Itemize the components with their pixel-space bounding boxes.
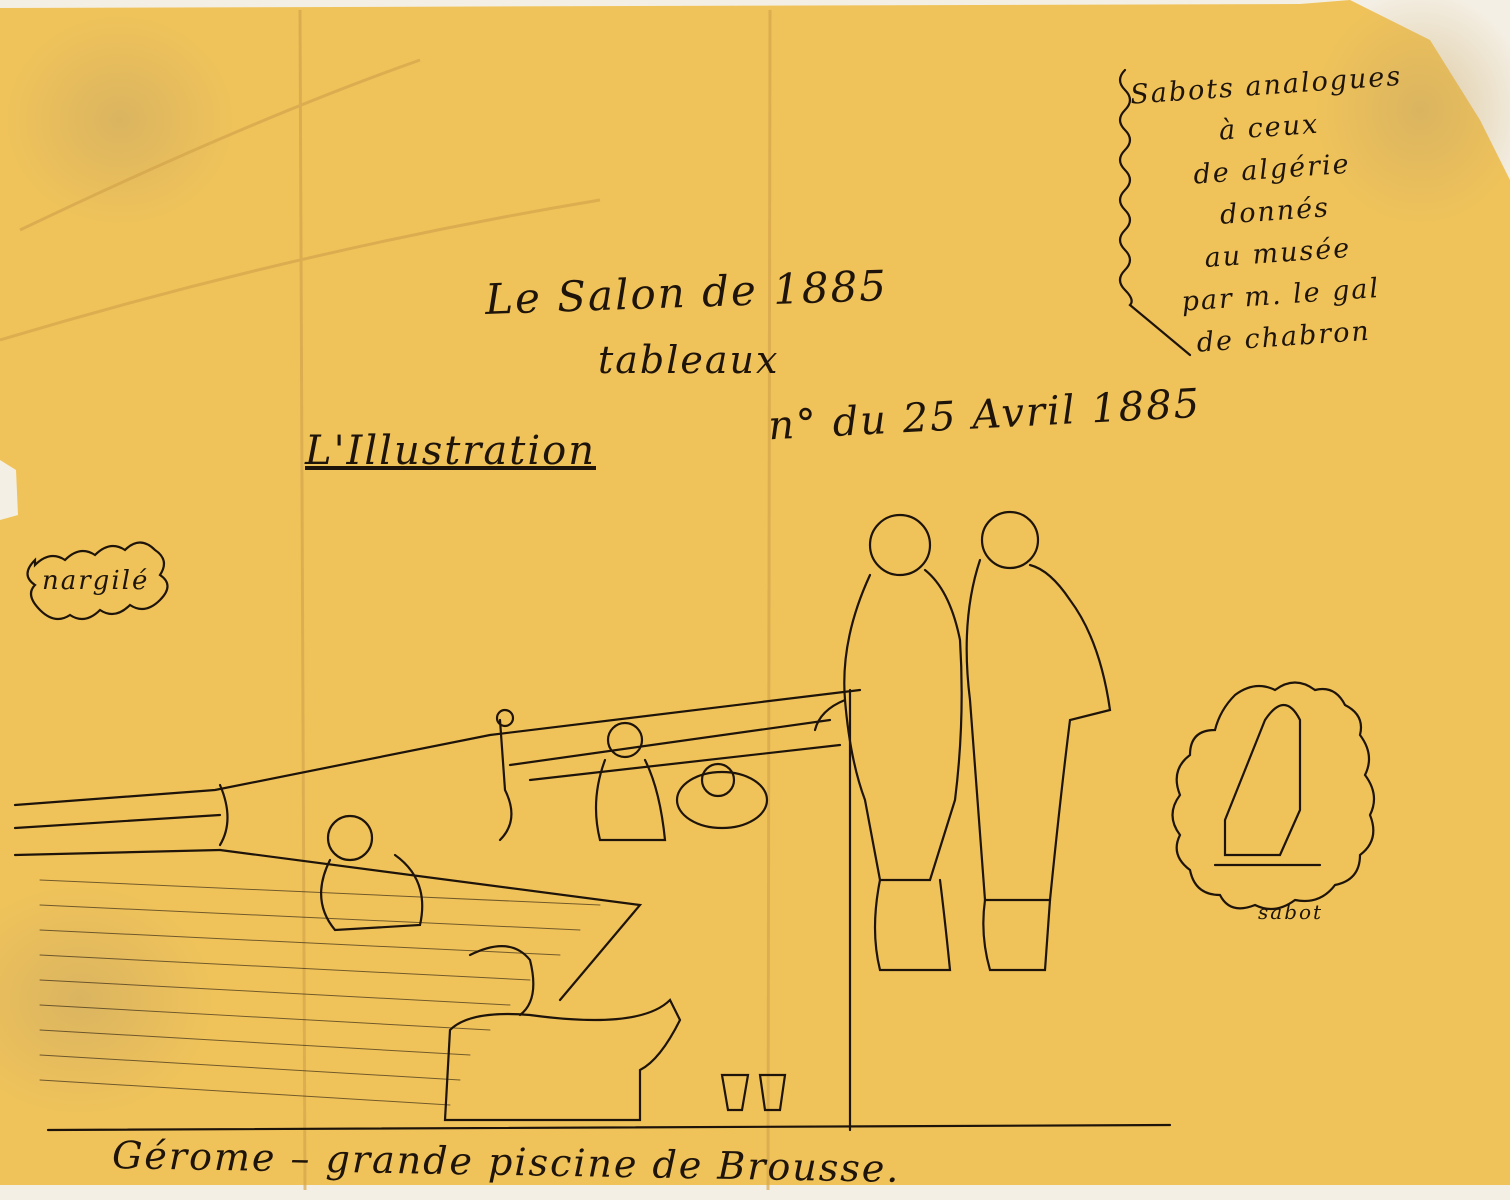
nargile-label: nargilé xyxy=(42,566,149,596)
heading-subtitle: tableaux xyxy=(598,338,779,382)
journal-name: L'Illustration xyxy=(305,428,596,474)
side-note: Sabots analogues à ceux de algérie donné… xyxy=(1100,54,1450,370)
sabot-label: sabot xyxy=(1258,900,1323,924)
